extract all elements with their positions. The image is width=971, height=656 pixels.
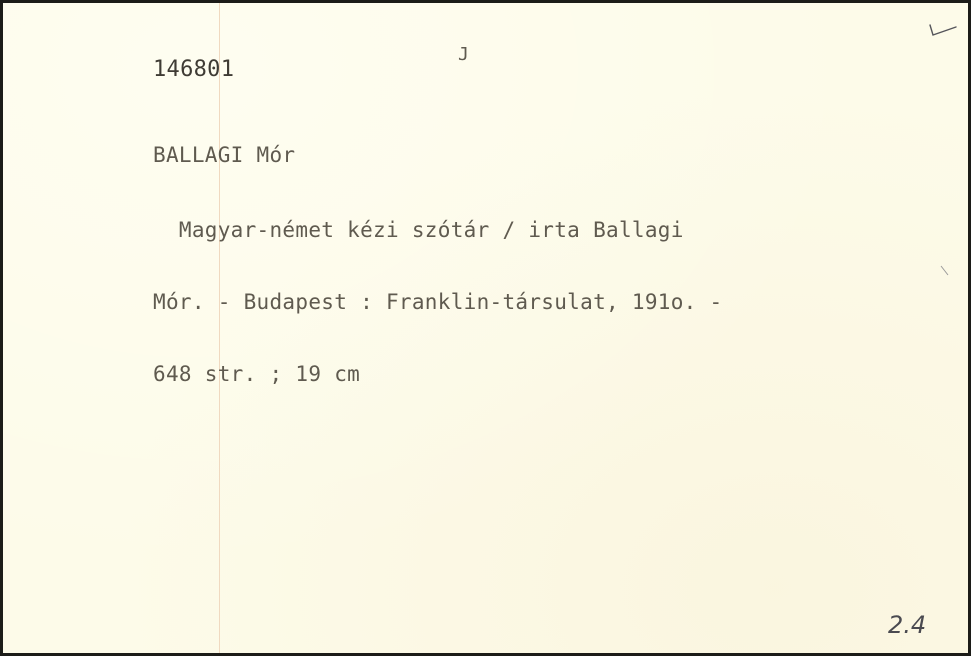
description-line: Magyar-német kézi szótár / irta Ballagi [153, 218, 723, 242]
catalog-card: 146801 J BALLAGI Mór Magyar-német kézi s… [3, 3, 968, 653]
call-number: 146801 [153, 58, 234, 82]
handwritten-shelf-mark: 2.4 [888, 611, 926, 639]
check-mark-icon [928, 23, 958, 39]
filing-letter: J [458, 43, 469, 67]
description-line: 648 str. ; 19 cm [153, 362, 723, 386]
description-line: Mór. - Budapest : Franklin-társulat, 191… [153, 290, 723, 314]
author-heading: BALLAGI Mór [153, 143, 295, 167]
pencil-mark-icon [940, 265, 950, 277]
bibliographic-description: Magyar-német kézi szótár / irta Ballagi … [153, 170, 723, 434]
